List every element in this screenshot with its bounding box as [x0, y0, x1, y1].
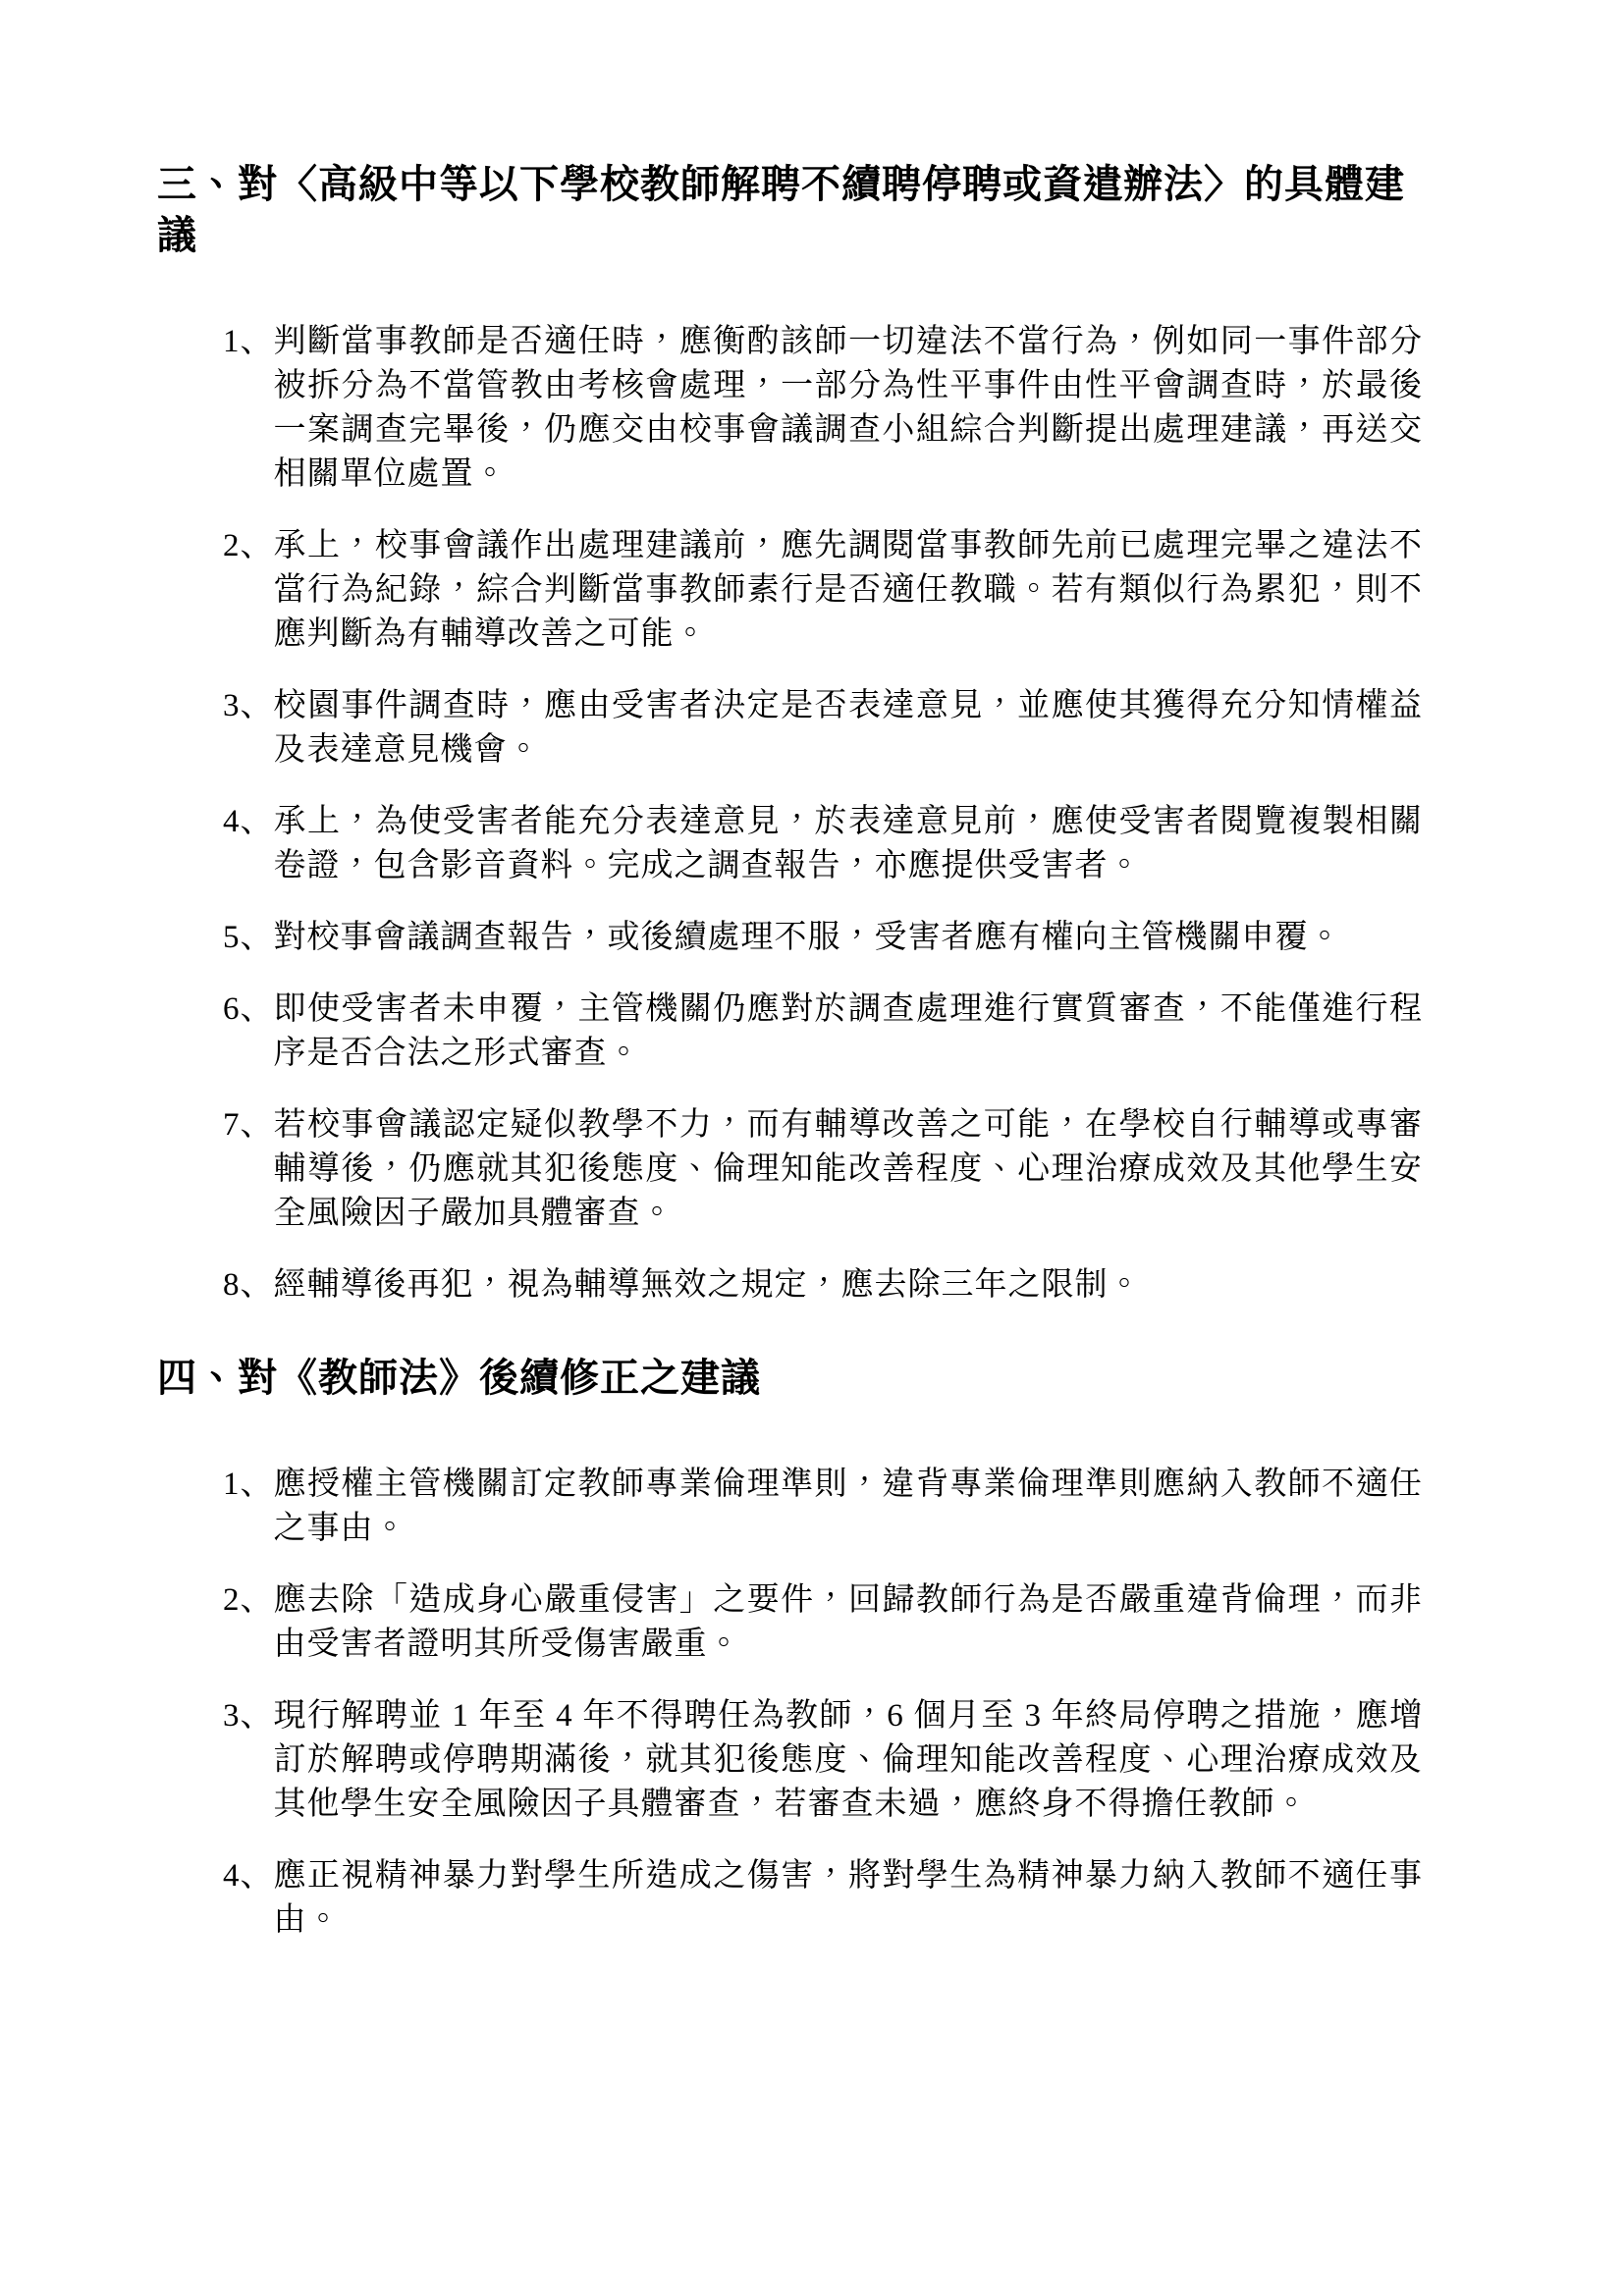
- list-item: 7、 若校事會議認定疑似教學不力，而有輔導改善之可能，在學校自行輔導或專審輔導後…: [223, 1103, 1423, 1236]
- item-number: 2、: [223, 1578, 274, 1623]
- item-number: 2、: [223, 524, 274, 568]
- item-text: 現行解聘並 1 年至 4 年不得聘任為教師，6 個月至 3 年終局停聘之措施，應…: [274, 1694, 1424, 1827]
- item-number: 4、: [223, 1854, 274, 1898]
- item-number: 7、: [223, 1103, 274, 1148]
- item-number: 3、: [223, 1694, 274, 1738]
- item-text: 應授權主管機關訂定教師專業倫理準則，違背專業倫理準則應納入教師不適任之事由。: [274, 1463, 1424, 1551]
- item-number: 5、: [223, 916, 274, 960]
- section-3-item-list: 1、 判斷當事教師是否適任時，應衡酌該師一切違法不當行為，例如同一事件部分被拆分…: [223, 320, 1423, 1308]
- item-number: 3、: [223, 684, 274, 728]
- item-text: 承上，校事會議作出處理建議前，應先調閱當事教師先前已處理完畢之違法不當行為紀錄，…: [274, 524, 1424, 657]
- item-number: 4、: [223, 800, 274, 844]
- section-4-heading: 四、對《教師法》後續修正之建議: [157, 1353, 1423, 1404]
- item-number: 1、: [223, 320, 274, 364]
- item-text: 即使受害者未申覆，主管機關仍應對於調查處理進行實質審查，不能僅進行程序是否合法之…: [274, 988, 1424, 1076]
- item-text: 經輔導後再犯，視為輔導無效之規定，應去除三年之限制。: [274, 1263, 1424, 1308]
- list-item: 2、 承上，校事會議作出處理建議前，應先調閱當事教師先前已處理完畢之違法不當行為…: [223, 524, 1423, 657]
- item-number: 1、: [223, 1463, 274, 1507]
- list-item: 1、 判斷當事教師是否適任時，應衡酌該師一切違法不當行為，例如同一事件部分被拆分…: [223, 320, 1423, 497]
- item-text: 校園事件調查時，應由受害者決定是否表達意見，並應使其獲得充分知情權益及表達意見機…: [274, 684, 1424, 773]
- list-item: 8、 經輔導後再犯，視為輔導無效之規定，應去除三年之限制。: [223, 1263, 1423, 1308]
- list-item: 2、 應去除「造成身心嚴重侵害」之要件，回歸教師行為是否嚴重違背倫理，而非由受害…: [223, 1578, 1423, 1667]
- list-item: 3、 現行解聘並 1 年至 4 年不得聘任為教師，6 個月至 3 年終局停聘之措…: [223, 1694, 1423, 1827]
- item-number: 6、: [223, 988, 274, 1032]
- list-item: 1、 應授權主管機關訂定教師專業倫理準則，違背專業倫理準則應納入教師不適任之事由…: [223, 1463, 1423, 1551]
- list-item: 3、 校園事件調查時，應由受害者決定是否表達意見，並應使其獲得充分知情權益及表達…: [223, 684, 1423, 773]
- item-text: 應去除「造成身心嚴重侵害」之要件，回歸教師行為是否嚴重違背倫理，而非由受害者證明…: [274, 1578, 1424, 1667]
- section-3-heading: 三、對〈高級中等以下學校教師解聘不續聘停聘或資遣辦法〉的具體建議: [157, 159, 1423, 261]
- item-text: 判斷當事教師是否適任時，應衡酌該師一切違法不當行為，例如同一事件部分被拆分為不當…: [274, 320, 1424, 497]
- item-text: 承上，為使受害者能充分表達意見，於表達意見前，應使受害者閱覽複製相關卷證，包含影…: [274, 800, 1424, 888]
- item-text: 若校事會議認定疑似教學不力，而有輔導改善之可能，在學校自行輔導或專審輔導後，仍應…: [274, 1103, 1424, 1236]
- section-4-item-list: 1、 應授權主管機關訂定教師專業倫理準則，違背專業倫理準則應納入教師不適任之事由…: [223, 1463, 1423, 1943]
- document-page: 三、對〈高級中等以下學校教師解聘不續聘停聘或資遣辦法〉的具體建議 1、 判斷當事…: [0, 0, 1624, 2296]
- list-item: 6、 即使受害者未申覆，主管機關仍應對於調查處理進行實質審查，不能僅進行程序是否…: [223, 988, 1423, 1076]
- item-text: 對校事會議調查報告，或後續處理不服，受害者應有權向主管機關申覆。: [274, 916, 1424, 960]
- item-text: 應正視精神暴力對學生所造成之傷害，將對學生為精神暴力納入教師不適任事由。: [274, 1854, 1424, 1943]
- list-item: 5、 對校事會議調查報告，或後續處理不服，受害者應有權向主管機關申覆。: [223, 916, 1423, 960]
- list-item: 4、 承上，為使受害者能充分表達意見，於表達意見前，應使受害者閱覽複製相關卷證，…: [223, 800, 1423, 888]
- item-number: 8、: [223, 1263, 274, 1308]
- list-item: 4、 應正視精神暴力對學生所造成之傷害，將對學生為精神暴力納入教師不適任事由。: [223, 1854, 1423, 1943]
